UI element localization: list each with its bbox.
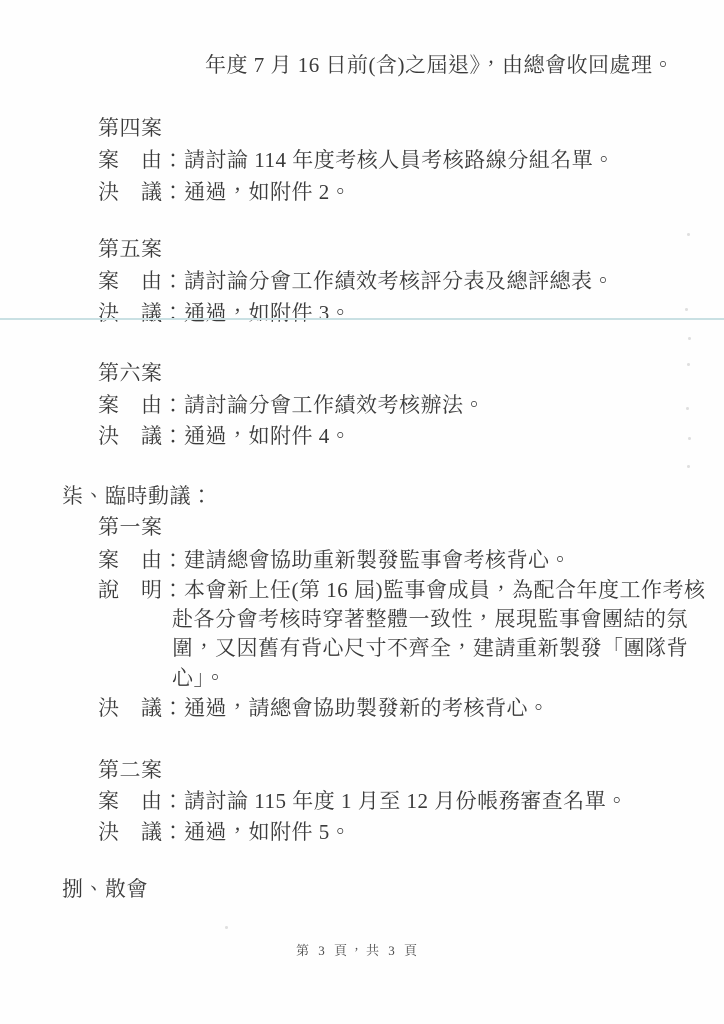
case6-heading: 第六案 xyxy=(98,360,163,386)
section7-heading: 柒、臨時動議： xyxy=(62,483,213,509)
section7-case2-subject-line: 案 由：請討論 115 年度 1 月至 12 月份帳務審查名單。 xyxy=(98,788,628,814)
scan-speck xyxy=(225,926,228,929)
scan-speck xyxy=(687,363,690,366)
section8-heading: 捌、散會 xyxy=(62,876,148,902)
section7-case2-heading: 第二案 xyxy=(98,757,163,783)
scan-speck xyxy=(687,465,690,468)
case5-heading: 第五案 xyxy=(98,236,163,262)
scan-speck xyxy=(688,437,691,440)
section7-case1-heading: 第一案 xyxy=(98,514,163,540)
scan-speck xyxy=(688,337,691,340)
case6-subject-line: 案 由：請討論分會工作績效考核辦法。 xyxy=(98,392,485,418)
case6-resolution-line: 決 議：通過，如附件 4。 xyxy=(98,423,351,449)
section7-case2-resolution-line: 決 議：通過，如附件 5。 xyxy=(98,819,351,845)
section7-case1-explanation-line1: 說 明：本會新上任(第 16 屆)監事會成員，為配合年度工作考核 xyxy=(98,577,705,603)
section7-case1-explanation-line2: 赴各分會考核時穿著整體一致性，展現監事會團結的氛 xyxy=(172,606,688,632)
scanner-artifact-line xyxy=(0,318,724,320)
case5-subject-line: 案 由：請討論分會工作績效考核評分表及總評總表。 xyxy=(98,268,614,294)
scan-speck xyxy=(686,407,689,410)
case5-resolution-line: 決 議：通過，如附件 3。 xyxy=(98,300,351,326)
scan-speck xyxy=(685,308,688,311)
scan-speck xyxy=(687,233,690,236)
section7-case1-explanation-line3: 圍，又因舊有背心尺寸不齊全，建請重新製發「團隊背 xyxy=(172,635,688,661)
case4-subject-line: 案 由：請討論 114 年度考核人員考核路線分組名單。 xyxy=(98,147,615,173)
section7-case1-resolution-line: 決 議：通過，請總會協助製發新的考核背心。 xyxy=(98,695,550,721)
scanned-minutes-page: 年度 7 月 16 日前(含)之屆退》，由總會收回處理。 第四案 案 由：請討論… xyxy=(0,0,724,1024)
section7-case1-explanation-line4: 心」。 xyxy=(172,665,226,691)
page-number-footer: 第 3 頁，共 3 頁 xyxy=(296,940,420,959)
continuation-line: 年度 7 月 16 日前(含)之屆退》，由總會收回處理。 xyxy=(205,52,674,78)
case4-resolution-line: 決 議：通過，如附件 2。 xyxy=(98,179,351,205)
section7-case1-subject-line: 案 由：建請總會協助重新製發監事會考核背心。 xyxy=(98,547,571,573)
case4-heading: 第四案 xyxy=(98,115,163,141)
